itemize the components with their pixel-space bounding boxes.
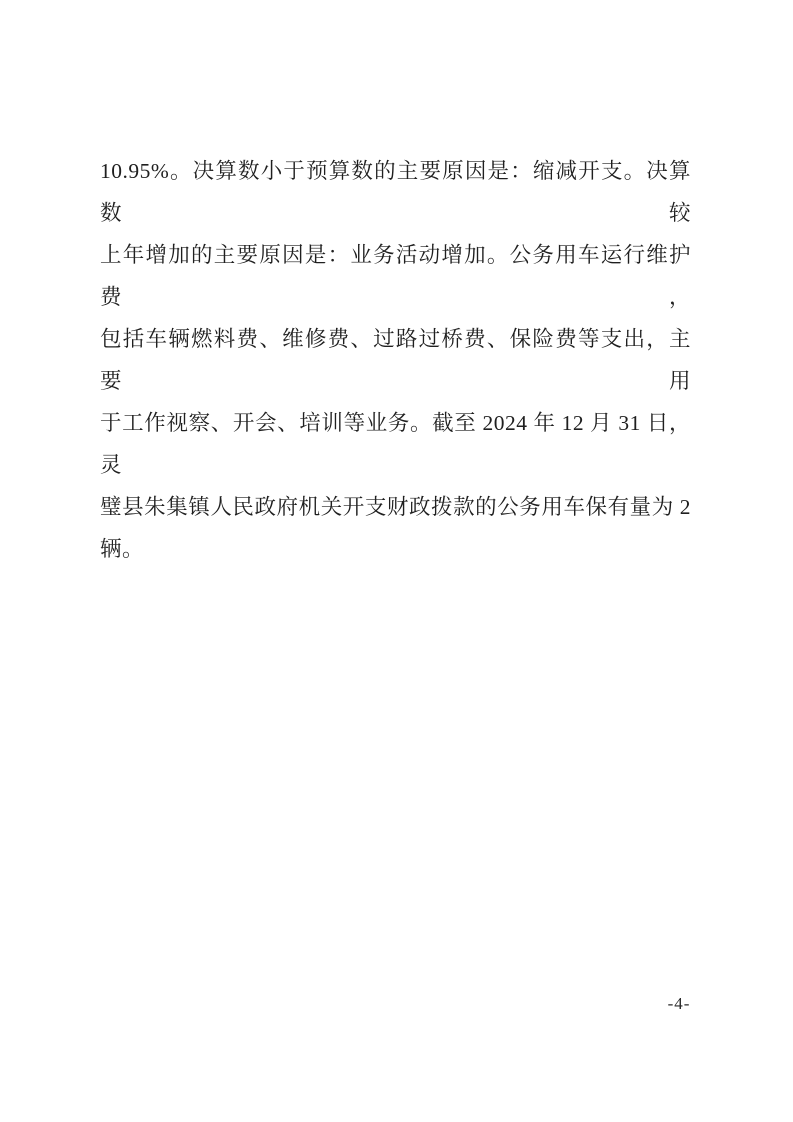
paragraph-line: 辆。 (100, 528, 691, 570)
page-number: -4- (655, 993, 703, 1015)
paragraph-line: 于工作视察、开会、培训等业务。截至 2024 年 12 月 31 日，灵 (100, 402, 691, 486)
paragraph-line: 上年增加的主要原因是：业务活动增加。公务用车运行维护费， (100, 234, 691, 318)
paragraph-line: 10.95%。决算数小于预算数的主要原因是：缩减开支。决算数较 (100, 150, 691, 234)
document-page: 10.95%。决算数小于预算数的主要原因是：缩减开支。决算数较 上年增加的主要原… (0, 0, 793, 1122)
paragraph-line: 包括车辆燃料费、维修费、过路过桥费、保险费等支出，主要用 (100, 318, 691, 402)
paragraph-line: 璧县朱集镇人民政府机关开支财政拨款的公务用车保有量为 2 (100, 486, 691, 528)
body-paragraph: 10.95%。决算数小于预算数的主要原因是：缩减开支。决算数较 上年增加的主要原… (100, 150, 691, 570)
